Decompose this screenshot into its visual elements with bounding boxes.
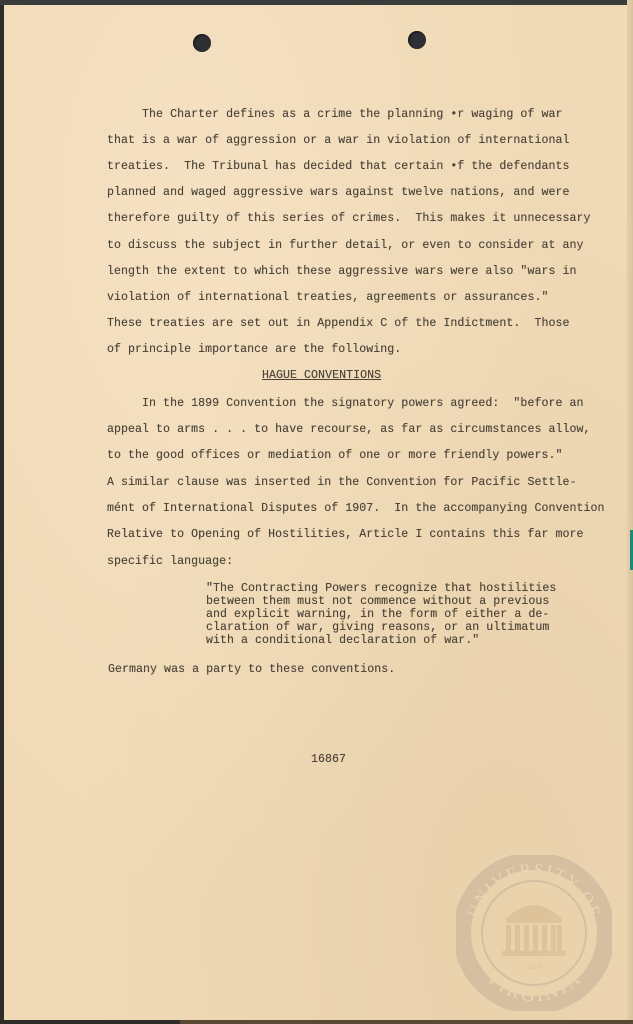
paragraph-2-line: In the 1899 Convention the signatory pow… <box>107 397 584 410</box>
paragraph-1-line: length the extent to which these aggress… <box>107 265 577 278</box>
paragraph-1-line: to discuss the subject in further detail… <box>107 239 584 252</box>
punch-hole-right <box>408 31 426 49</box>
block-quote-line: with a conditional declaration of war." <box>206 634 479 647</box>
paragraph-2-line: A similar clause was inserted in the Con… <box>107 476 577 489</box>
paragraph-2-line: to the good offices or mediation of one … <box>107 449 562 462</box>
paragraph-1-line: treaties. The Tribunal has decided that … <box>107 160 570 173</box>
page-right-edge <box>627 0 633 1024</box>
block-quote-line: between them must not commence without a… <box>206 595 549 608</box>
paragraph-1-line: violation of international treaties, agr… <box>107 291 548 304</box>
scanned-document: The Charter defines as a crime the plann… <box>0 0 633 1024</box>
paragraph-1-line: therefore guilty of this series of crime… <box>107 212 591 225</box>
closing-line: Germany was a party to these conventions… <box>108 663 395 676</box>
page-bottom-shadow <box>180 1020 633 1024</box>
block-quote-line: "The Contracting Powers recognize that h… <box>206 582 556 595</box>
block-quote-line: and explicit warning, in the form of eit… <box>206 608 549 621</box>
block-quote-line: claration of war, giving reasons, or an … <box>206 621 549 634</box>
punch-hole-left <box>193 34 211 52</box>
paragraph-1-line: The Charter defines as a crime the plann… <box>107 108 562 121</box>
rotunda-icon <box>502 905 566 956</box>
page-number: 16867 <box>311 753 346 766</box>
section-heading: HAGUE CONVENTIONS <box>262 369 381 382</box>
svg-text:1819: 1819 <box>526 962 542 971</box>
paragraph-1-line: planned and waged aggressive wars agains… <box>107 186 570 199</box>
paragraph-2-line: Relative to Opening of Hostilities, Arti… <box>107 528 584 541</box>
paragraph-2-line: appeal to arms . . . to have recourse, a… <box>107 423 591 436</box>
paragraph-2-line: mént of International Disputes of 1907. … <box>107 502 605 515</box>
university-seal-watermark: UNIVERSITY OF VIRGINIA 1819 <box>456 855 612 1011</box>
document-page: The Charter defines as a crime the plann… <box>4 5 628 1020</box>
paragraph-1-line: that is a war of aggression or a war in … <box>107 134 570 147</box>
paragraph-1-line: These treaties are set out in Appendix C… <box>107 317 570 330</box>
document-body: The Charter defines as a crime the plann… <box>4 5 46 499</box>
paragraph-1-line: of principle importance are the followin… <box>107 343 401 356</box>
paragraph-2-line: specific language: <box>107 555 233 568</box>
